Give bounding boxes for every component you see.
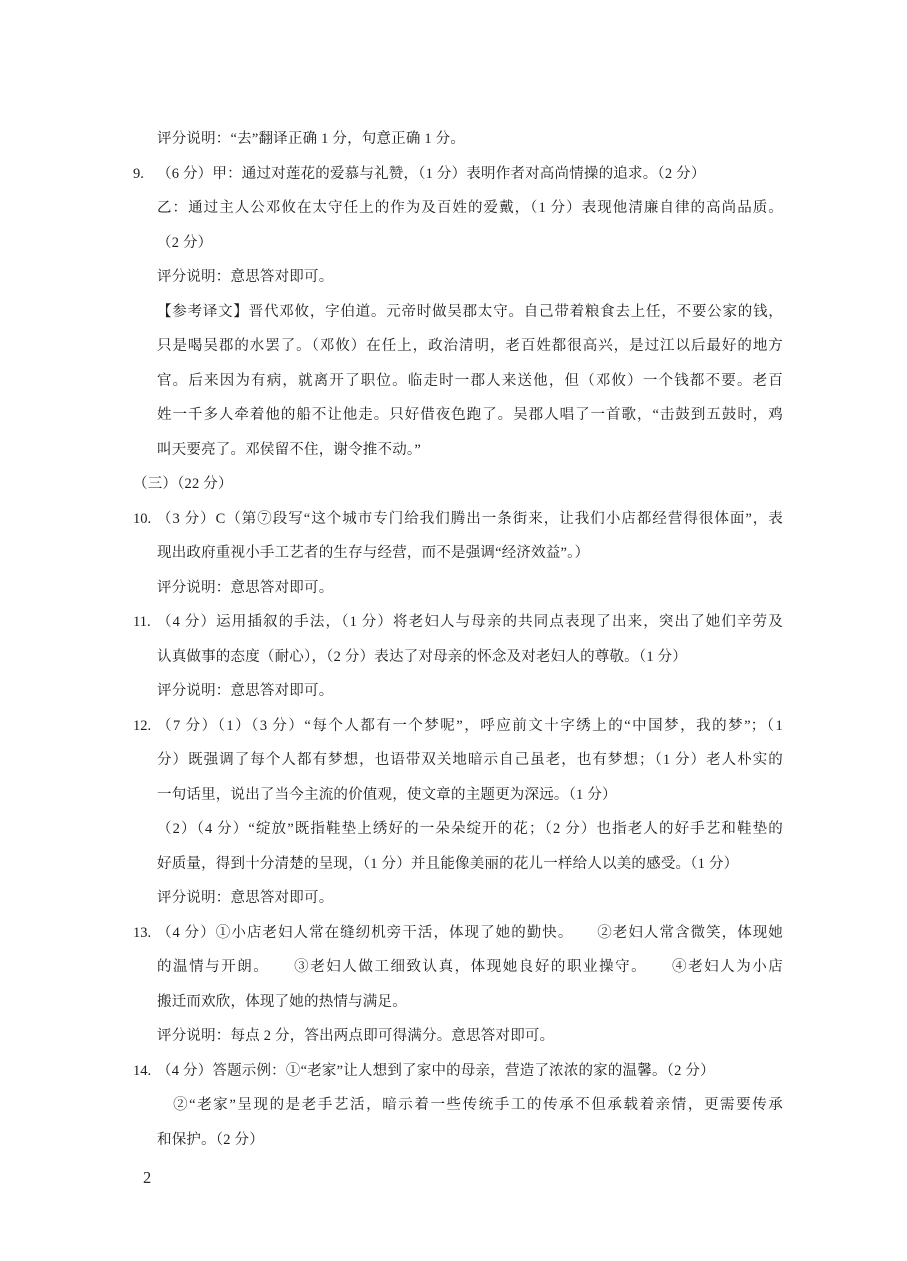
text-line: 认真做事的态度（耐心），（2 分）表达了对母亲的怀念及对老妇人的尊敬。（1 分）	[157, 640, 783, 675]
text-line: （7 分）（1）（3 分）“每个人都有一个梦呢”，呼应前文十字绣上的“中国梦，我…	[157, 709, 783, 744]
paragraph: 评分说明：意思答对即可。	[133, 881, 783, 916]
page-number: 2	[143, 1165, 151, 1191]
text-line: 好质量，得到十分清楚的呈现，（1 分）并且能像美丽的花儿一样给人以美的感受。（1…	[157, 847, 783, 882]
paragraph: 乙：通过主人公邓攸在太守任上的作为及百姓的爱戴，（1 分）表现他清廉自律的高尚品…	[133, 191, 783, 260]
paragraph: 11.（4 分）运用插叙的手法，（1 分）将老妇人与母亲的共同点表现了出来，突出…	[133, 605, 783, 674]
text-line: （4 分）答题示例：①“老家”让人想到了家中的母亲，营造了浓浓的家的温馨。（2 …	[157, 1054, 783, 1089]
text-line: 乙：通过主人公邓攸在太守任上的作为及百姓的爱戴，（1 分）表现他清廉自律的高尚品…	[157, 191, 783, 226]
item-number: 13.	[133, 916, 151, 951]
text-line: 现出政府重视小手工艺者的生存与经营，而不是强调“经济效益”。）	[157, 536, 783, 571]
text-line: 的温情与开朗。 ③老妇人做工细致认真，体现她良好的职业操守。 ④老妇人为小店	[157, 950, 783, 985]
paragraph: 评分说明：意思答对即可。	[133, 571, 783, 606]
text-line: 官。后来因为有病，就离开了职位。临走时一郡人来送他，但（邓攸）一个钱都不要。老百	[157, 364, 783, 399]
paragraph: 10.（3 分）C（第⑦段写“这个城市专门给我们腾出一条街来，让我们小店都经营得…	[133, 502, 783, 571]
item-number: 10.	[133, 502, 151, 537]
text-line: 一句话里，说出了当今主流的价值观，使文章的主题更为深远。（1 分）	[157, 778, 783, 813]
document-page: 评分说明：“去”翻译正确 1 分，句意正确 1 分。9.（6 分）甲：通过对莲花…	[0, 0, 907, 1261]
paragraph: （2）（4 分）“绽放”既指鞋垫上绣好的一朵朵绽开的花；（2 分）也指老人的好手…	[133, 812, 783, 881]
paragraph: 评分说明：每点 2 分，答出两点即可得满分。意思答对即可。	[133, 1019, 783, 1054]
paragraph: 评分说明：意思答对即可。	[133, 260, 783, 295]
paragraph: 9.（6 分）甲：通过对莲花的爱慕与礼赞，（1 分）表明作者对高尚情操的追求。（…	[133, 157, 783, 192]
item-number: 14.	[133, 1054, 151, 1089]
paragraph: 14.（4 分）答题示例：①“老家”让人想到了家中的母亲，营造了浓浓的家的温馨。…	[133, 1054, 783, 1089]
text-line: 和保护。（2 分）	[157, 1123, 783, 1158]
text-line: 【参考译文】晋代邓攸，字伯道。元帝时做吴郡太守。自己带着粮食去上任，不要公家的钱…	[157, 295, 783, 330]
text-line: 只是喝吴郡的水罢了。（邓攸）在任上，政治清明，老百姓都很高兴，是过江以后最好的地…	[157, 329, 783, 364]
document-body: 评分说明：“去”翻译正确 1 分，句意正确 1 分。9.（6 分）甲：通过对莲花…	[133, 122, 783, 1157]
text-line: 搬迁而欢欣，体现了她的热情与满足。	[157, 985, 783, 1020]
text-line: 叫天要亮了。邓侯留不住，谢令推不动。”	[157, 433, 783, 468]
text-line: 姓一千多人牵着他的船不让他走。只好借夜色跑了。吴郡人唱了一首歌，“击鼓到五鼓时，…	[157, 398, 783, 433]
paragraph: 12.（7 分）（1）（3 分）“每个人都有一个梦呢”，呼应前文十字绣上的“中国…	[133, 709, 783, 813]
text-line: （4 分）运用插叙的手法，（1 分）将老妇人与母亲的共同点表现了出来，突出了她们…	[157, 605, 783, 640]
text-line: （3 分）C（第⑦段写“这个城市专门给我们腾出一条街来，让我们小店都经营得很体面…	[157, 502, 783, 537]
text-line: （2）（4 分）“绽放”既指鞋垫上绣好的一朵朵绽开的花；（2 分）也指老人的好手…	[157, 812, 783, 847]
paragraph: （三）（22 分）	[133, 467, 783, 502]
item-number: 11.	[133, 605, 151, 640]
text-line: 评分说明：意思答对即可。	[157, 881, 783, 916]
text-line: 评分说明：“去”翻译正确 1 分，句意正确 1 分。	[157, 122, 783, 157]
paragraph: 评分说明：“去”翻译正确 1 分，句意正确 1 分。	[133, 122, 783, 157]
text-line: 评分说明：意思答对即可。	[157, 674, 783, 709]
paragraph: 评分说明：意思答对即可。	[133, 674, 783, 709]
paragraph: ②“老家”呈现的是老手艺活，暗示着一些传统手工的传承不但承载着亲情，更需要传承和…	[133, 1088, 783, 1157]
text-line: 评分说明：意思答对即可。	[157, 260, 783, 295]
paragraph: 【参考译文】晋代邓攸，字伯道。元帝时做吴郡太守。自己带着粮食去上任，不要公家的钱…	[133, 295, 783, 468]
text-line: 分）既强调了每个人都有梦想，也语带双关地暗示自己虽老，也有梦想；（1 分）老人朴…	[157, 743, 783, 778]
text-line: ②“老家”呈现的是老手艺活，暗示着一些传统手工的传承不但承载着亲情，更需要传承	[157, 1088, 783, 1123]
text-line: 评分说明：意思答对即可。	[157, 571, 783, 606]
text-line: （2 分）	[157, 226, 783, 261]
text-line: （6 分）甲：通过对莲花的爱慕与礼赞，（1 分）表明作者对高尚情操的追求。（2 …	[157, 157, 783, 192]
item-number: 12.	[133, 709, 151, 744]
text-line: （4 分）①小店老妇人常在缝纫机旁干活，体现了她的勤快。 ②老妇人常含微笑，体现…	[157, 916, 783, 951]
item-number: 9.	[133, 157, 144, 192]
text-line: （三）（22 分）	[133, 467, 783, 502]
text-line: 评分说明：每点 2 分，答出两点即可得满分。意思答对即可。	[157, 1019, 783, 1054]
paragraph: 13.（4 分）①小店老妇人常在缝纫机旁干活，体现了她的勤快。 ②老妇人常含微笑…	[133, 916, 783, 1020]
